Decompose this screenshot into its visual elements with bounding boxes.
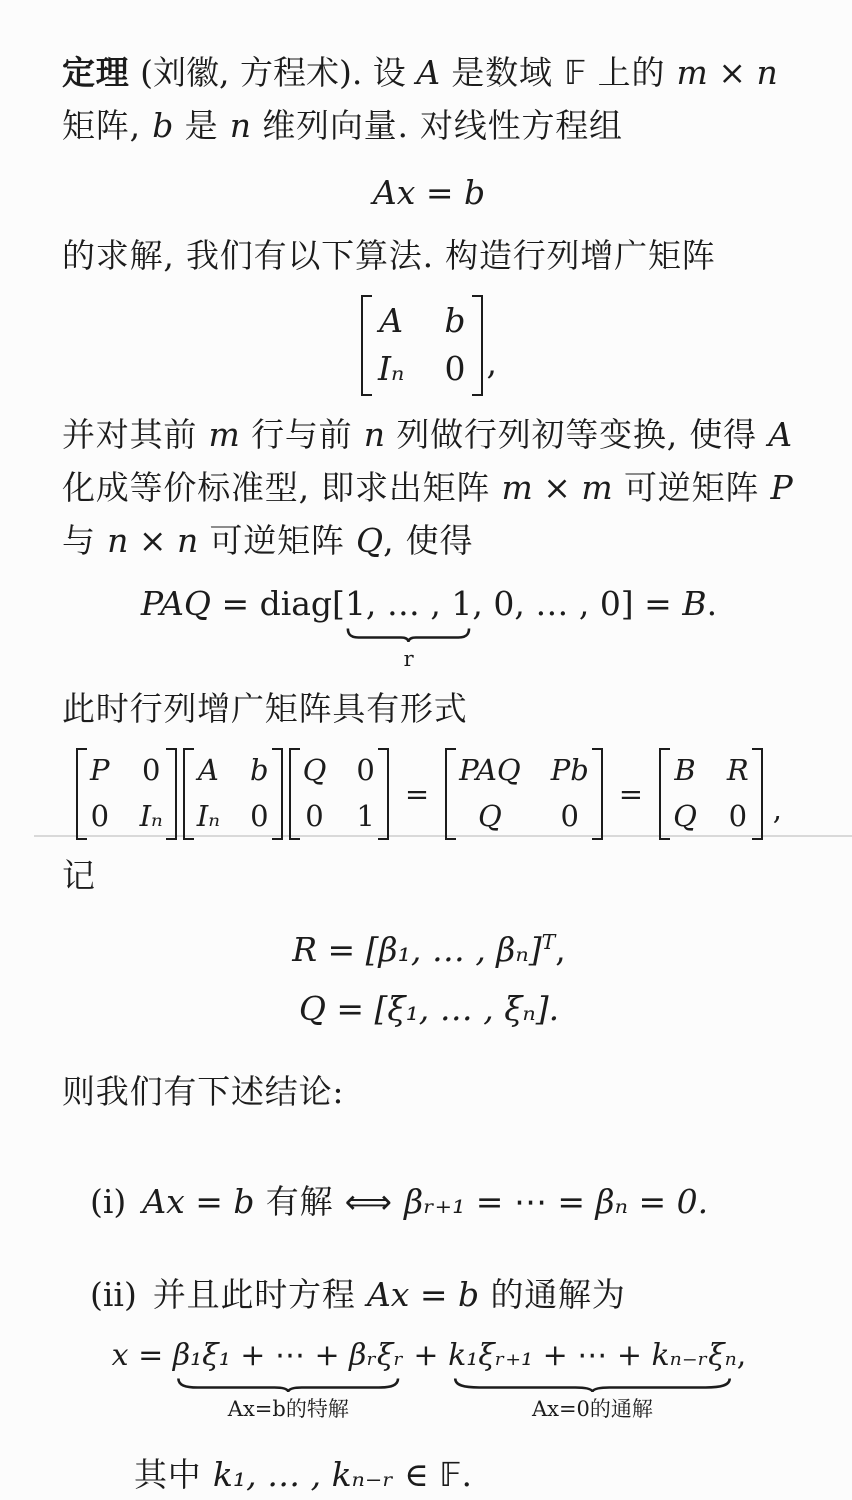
- superscript-t: T: [542, 930, 556, 954]
- item-ii-label: (ii): [90, 1270, 137, 1320]
- matrix-br-block: B R Q 0: [659, 746, 763, 842]
- equation-augmented-matrix: A b Iₙ 0 ,: [62, 293, 796, 398]
- matrix-augmented-block: A b Iₙ 0: [183, 746, 283, 842]
- text-run: 是数域: [440, 53, 564, 92]
- document-page: 定理 (刘徽, 方程术). 设 A 是数域 𝔽 上的 m × n 矩阵, b 是…: [0, 0, 852, 1500]
- para-denote: 记: [62, 849, 796, 902]
- item-i-label: (i): [90, 1177, 126, 1227]
- theorem-label: 定理: [62, 53, 130, 92]
- underbrace-icon: [451, 1377, 734, 1392]
- matrix-paq-block: PAQ Pb Q 0: [445, 746, 603, 842]
- equals-sign: =: [395, 777, 439, 811]
- blackboard-f: 𝔽: [564, 53, 586, 92]
- underbrace-label-particular: Ax=b的特解: [228, 1395, 349, 1423]
- matrix-augmented: A b Iₙ 0: [361, 293, 483, 398]
- theorem-attribution: (刘徽, 方程术). 设: [130, 53, 417, 92]
- math-var: b: [152, 106, 173, 145]
- underbrace-group-particular: β₁ξ₁ + ⋯ + βᵣξᵣAx=b的特解: [173, 1336, 404, 1377]
- item-i-content: Ax = b 有解 ⟺ βᵣ₊₁ = ⋯ = βₙ = 0.: [142, 1177, 708, 1227]
- list-item-ii: (ii) 并且此时方程 Ax = b 的通解为: [90, 1270, 796, 1320]
- math-var: m × n: [677, 53, 778, 92]
- math-var: n: [230, 106, 251, 145]
- equation-axb: Ax = b: [62, 171, 796, 216]
- equation-q: Q = [ξ₁, … , ξₙ].: [62, 987, 796, 1032]
- list-item-i: (i) Ax = b 有解 ⟺ βᵣ₊₁ = ⋯ = βₙ = 0.: [90, 1177, 796, 1227]
- math-var: A: [416, 53, 440, 92]
- underbrace-icon: [346, 627, 471, 642]
- underbrace-icon: [175, 1377, 401, 1392]
- equation-rq-definitions: R = [β₁, … , βₙ]T, Q = [ξ₁, … , ξₙ].: [62, 928, 796, 1031]
- equation-matrix-product: P 0 0 Iₙ A b Iₙ 0 Q 0 0 1 = PAQ Pb Q 0 =…: [32, 746, 826, 842]
- para-transform: 并对其前 m 行与前 n 列做行列初等变换, 使得 A 化成等价标准型, 即求出…: [62, 408, 796, 568]
- text-run: 上的: [586, 53, 676, 92]
- para-form: 此时行列增广矩阵具有形式: [62, 682, 796, 735]
- text-run: 维列向量. 对线性方程组: [251, 106, 623, 145]
- underbrace-label-homogeneous: Ax=0的通解: [532, 1395, 653, 1423]
- blackboard-f: 𝔽: [439, 1455, 461, 1494]
- iff-arrow: ⟺: [345, 1182, 404, 1221]
- underbrace-label-r: r: [404, 645, 414, 673]
- para-where: 其中 k₁, … , kₙ₋ᵣ ∈ 𝔽.: [134, 1448, 796, 1500]
- theorem-statement: 定理 (刘徽, 方程术). 设 A 是数域 𝔽 上的 m × n 矩阵, b 是…: [62, 46, 796, 153]
- equals-sign: =: [609, 777, 653, 811]
- matrix-p-block: P 0 0 Iₙ: [76, 746, 177, 842]
- equation-r: R = [β₁, … , βₙ]T,: [62, 928, 796, 973]
- comma: ,: [483, 343, 498, 398]
- text-run: 矩阵,: [62, 106, 152, 145]
- para-conclusion: 则我们有下述结论:: [62, 1065, 796, 1118]
- matrix-q-block: Q 0 0 1: [289, 746, 389, 842]
- equation-paq-diag: PAQ = diag[1, … , 1r, 0, … , 0] = B.: [62, 582, 796, 683]
- underbrace-group-homogeneous: k₁ξᵣ₊₁ + ⋯ + kₙ₋ᵣξₙAx=0的通解: [448, 1336, 737, 1377]
- para-solve: 的求解, 我们有以下算法. 构造行列增广矩阵: [62, 229, 796, 282]
- item-ii-content: 并且此时方程 Ax = b 的通解为: [153, 1270, 626, 1320]
- text-run: 是: [173, 106, 229, 145]
- comma: ,: [769, 792, 782, 842]
- underbrace-group-ones: 1, … , 1r: [345, 582, 472, 627]
- equation-general-solution: x = β₁ξ₁ + ⋯ + βᵣξᵣAx=b的特解 + k₁ξᵣ₊₁ + ⋯ …: [62, 1336, 796, 1439]
